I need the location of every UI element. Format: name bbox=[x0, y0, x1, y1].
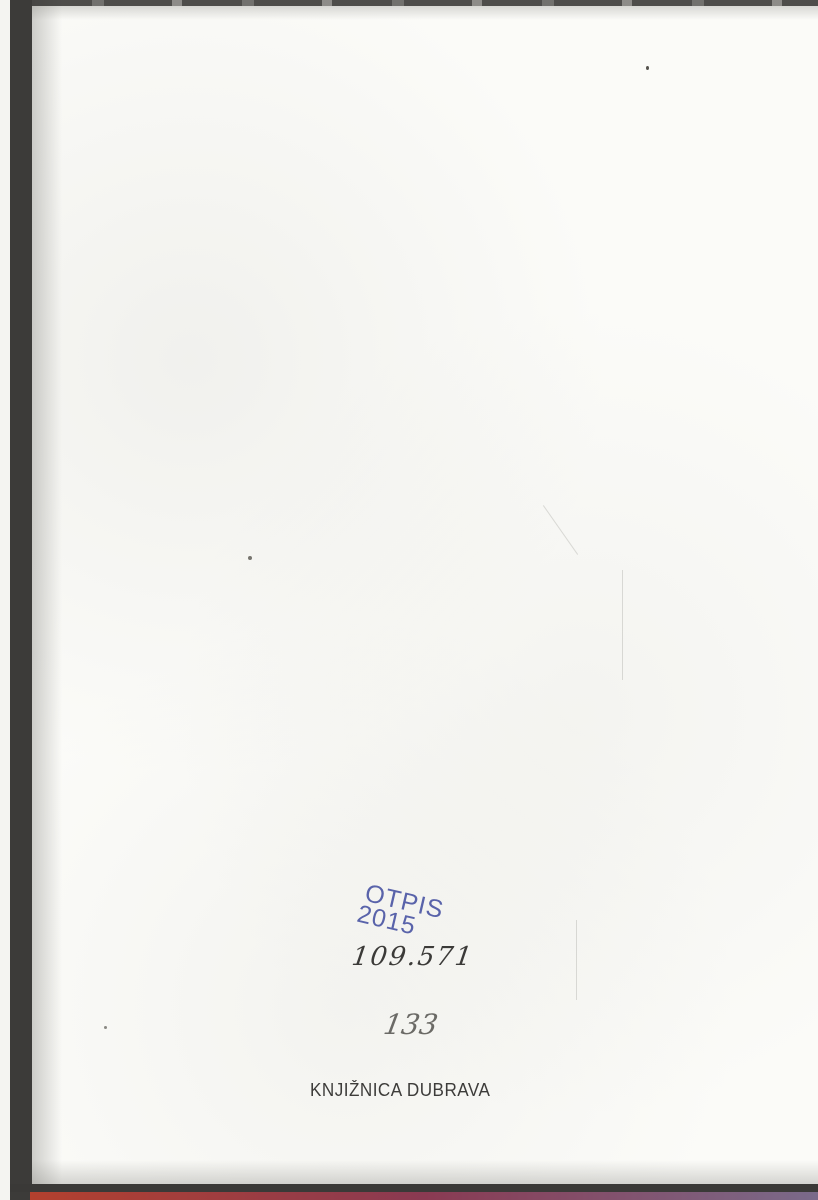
book-spine-edge bbox=[10, 0, 32, 1200]
bottom-torn-edge bbox=[10, 1184, 818, 1192]
ink-speck bbox=[248, 556, 252, 560]
scan-margin bbox=[0, 0, 10, 1200]
inventory-number: 109.571 bbox=[350, 942, 476, 972]
paper-scratch bbox=[576, 920, 577, 1000]
paper-scratch bbox=[622, 570, 623, 680]
cover-color-band bbox=[30, 1192, 818, 1200]
ink-speck bbox=[104, 1026, 107, 1029]
bottom-edge-shade bbox=[32, 1160, 818, 1184]
top-edge-shade bbox=[32, 6, 818, 20]
spine-shadow bbox=[32, 0, 62, 1190]
library-name-stamp: KNJIŽNICA DUBRAVA bbox=[310, 1080, 490, 1101]
shelf-number: 133 bbox=[381, 1008, 440, 1041]
ink-speck bbox=[646, 66, 649, 70]
scanned-back-cover: OTPIS 2015 109.571 133 KNJIŽNICA DUBRAVA bbox=[0, 0, 818, 1200]
